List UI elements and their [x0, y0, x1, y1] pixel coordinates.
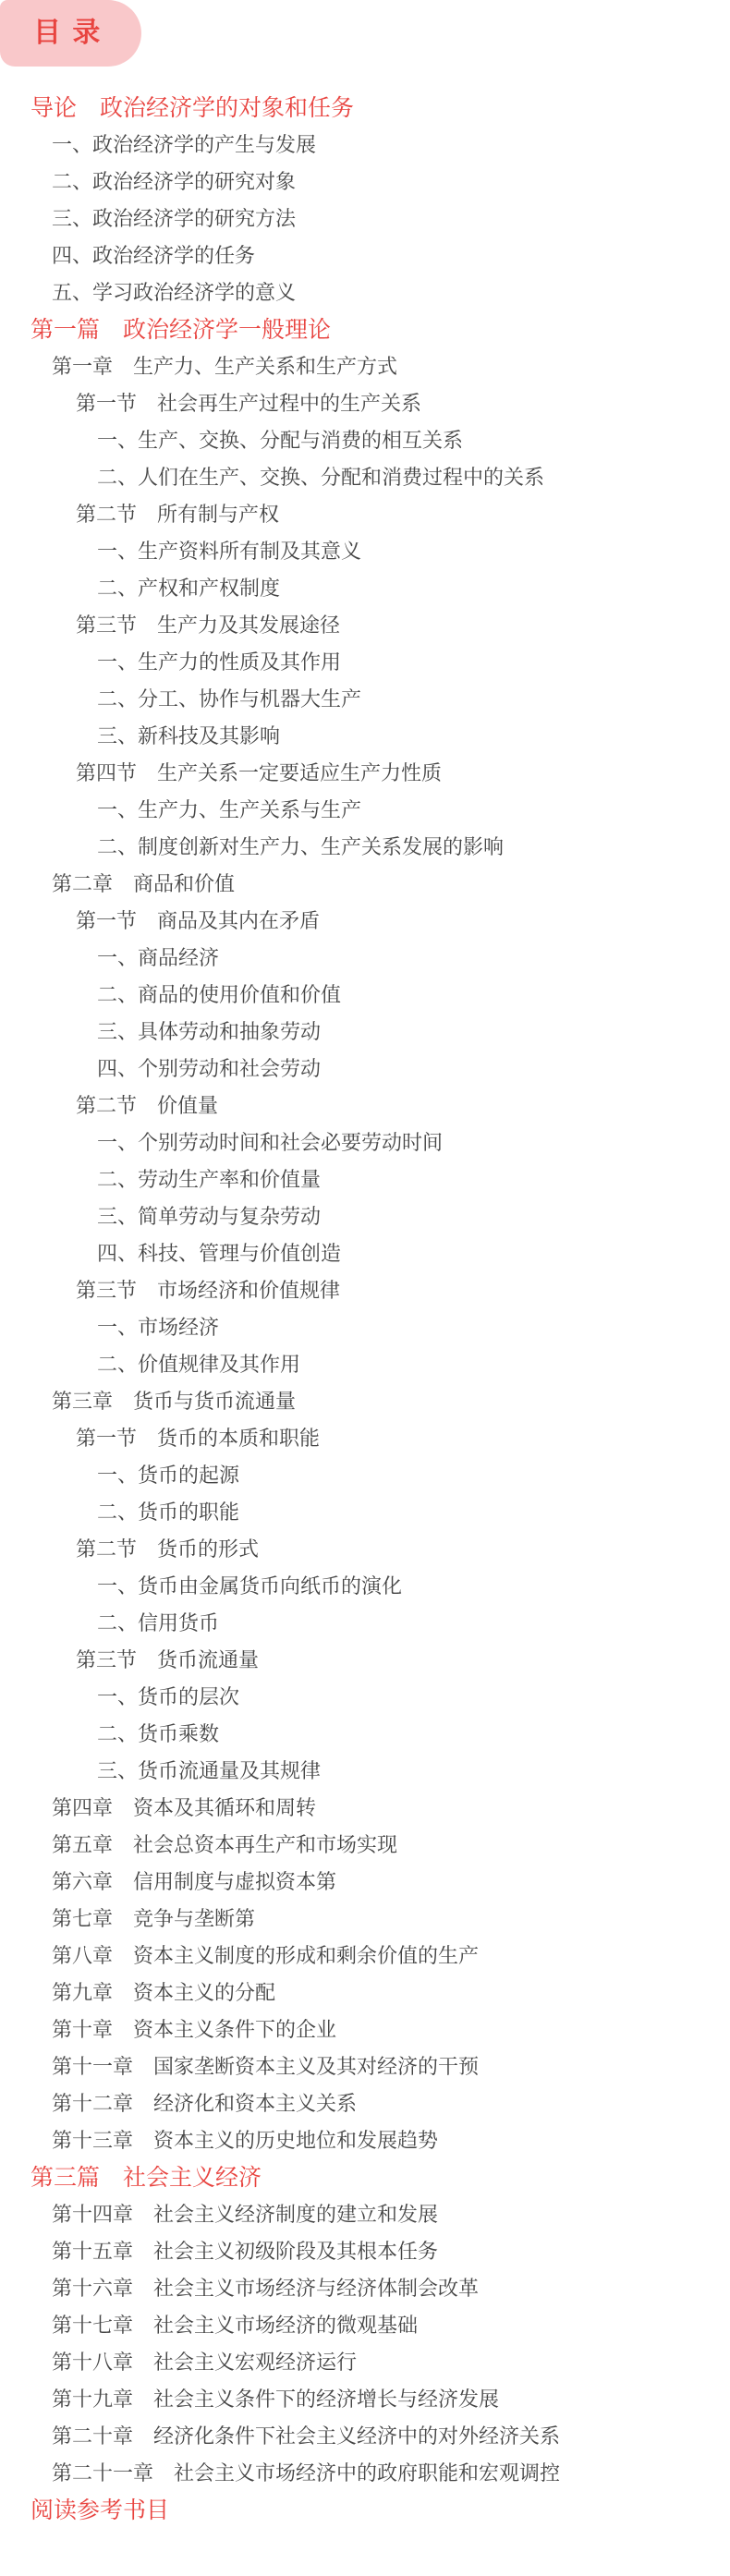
toc-entry: 二、人们在生产、交换、分配和消费过程中的关系: [0, 459, 730, 496]
toc-entry: 一、商品经济: [0, 940, 730, 977]
toc-entry: 一、生产资料所有制及其意义: [0, 533, 730, 570]
toc-entry: 第十五章 社会主义初级阶段及其根本任务: [0, 2233, 730, 2270]
toc-entry: 第一章 生产力、生产关系和生产方式: [0, 348, 730, 385]
toc-entry: 二、政治经济学的研究对象: [0, 164, 730, 200]
toc-entry: 五、学习政治经济学的意义: [0, 274, 730, 311]
toc-entry: 第十章 资本主义条件下的企业: [0, 2011, 730, 2048]
toc-entry: 二、货币乘数: [0, 1716, 730, 1753]
toc-entry: 第一节 商品及其内在矛盾: [0, 903, 730, 940]
toc-entry: 第二节 货币的形式: [0, 1531, 730, 1568]
toc-entry: 第十二章 经济化和资本主义关系: [0, 2085, 730, 2122]
toc-entry: 第九章 资本主义的分配: [0, 1975, 730, 2011]
toc-entry: 第二节 所有制与产权: [0, 496, 730, 533]
toc-entry: 二、货币的职能: [0, 1494, 730, 1531]
toc-entry: 第十九章 社会主义条件下的经济增长与经济发展: [0, 2381, 730, 2418]
toc-title-badge: 目 录: [0, 0, 141, 67]
toc-entry: 第一节 货币的本质和职能: [0, 1420, 730, 1457]
toc-entry: 第五章 社会总资本再生产和市场实现: [0, 1827, 730, 1864]
toc-entry: 二、信用货币: [0, 1605, 730, 1642]
toc-entry: 三、政治经济学的研究方法: [0, 200, 730, 237]
toc-entry: 二、分工、协作与机器大生产: [0, 681, 730, 718]
toc-entry: 四、政治经济学的任务: [0, 237, 730, 274]
toc-entry: 二、产权和产权制度: [0, 570, 730, 607]
toc-entry: 第十一章 国家垄断资本主义及其对经济的干预: [0, 2048, 730, 2085]
toc-entry: 一、市场经济: [0, 1309, 730, 1346]
toc-entry: 第六章 信用制度与虚拟资本第: [0, 1864, 730, 1901]
toc-heading: 导论 政治经济学的对象和任务: [0, 90, 730, 127]
toc-entry: 三、具体劳动和抽象劳动: [0, 1014, 730, 1051]
toc-heading: 阅读参考书目: [0, 2492, 730, 2529]
toc-entry: 四、科技、管理与价值创造: [0, 1235, 730, 1272]
toc-entry: 四、个别劳动和社会劳动: [0, 1051, 730, 1088]
toc-entry: 一、生产、交换、分配与消费的相互关系: [0, 422, 730, 459]
toc-entry: 第二节 价值量: [0, 1088, 730, 1124]
toc-heading: 第三篇 社会主义经济: [0, 2159, 730, 2196]
toc-entry: 第二章 商品和价值: [0, 866, 730, 903]
toc-entry: 第十八章 社会主义宏观经济运行: [0, 2344, 730, 2381]
toc-heading: 第一篇 政治经济学一般理论: [0, 311, 730, 348]
toc-entry: 一、货币由金属货币向纸币的演化: [0, 1568, 730, 1605]
toc-entry: 三、新科技及其影响: [0, 718, 730, 755]
toc-page: 目 录 导论 政治经济学的对象和任务一、政治经济学的产生与发展二、政治经济学的研…: [0, 0, 730, 2576]
toc-entry: 第十四章 社会主义经济制度的建立和发展: [0, 2196, 730, 2233]
toc-entry: 第三节 市场经济和价值规律: [0, 1272, 730, 1309]
toc-entry: 一、生产力的性质及其作用: [0, 644, 730, 681]
toc-entry: 第三章 货币与货币流通量: [0, 1383, 730, 1420]
toc-entry: 第四章 资本及其循环和周转: [0, 1790, 730, 1827]
toc-entry: 第三节 生产力及其发展途径: [0, 607, 730, 644]
toc-entry: 第十六章 社会主义市场经济与经济体制会改革: [0, 2270, 730, 2307]
toc-entry: 一、政治经济学的产生与发展: [0, 127, 730, 164]
toc-entry: 第四节 生产关系一定要适应生产力性质: [0, 755, 730, 792]
toc-entry: 一、货币的层次: [0, 1679, 730, 1716]
toc-entry: 第十七章 社会主义市场经济的微观基础: [0, 2307, 730, 2344]
toc-entry: 第十三章 资本主义的历史地位和发展趋势: [0, 2122, 730, 2159]
toc-list: 导论 政治经济学的对象和任务一、政治经济学的产生与发展二、政治经济学的研究对象三…: [0, 90, 730, 2529]
toc-entry: 第二十一章 社会主义市场经济中的政府职能和宏观调控: [0, 2455, 730, 2492]
toc-entry: 第三节 货币流通量: [0, 1642, 730, 1679]
toc-entry: 三、货币流通量及其规律: [0, 1753, 730, 1790]
toc-entry: 第二十章 经济化条件下社会主义经济中的对外经济关系: [0, 2418, 730, 2455]
toc-entry: 二、价值规律及其作用: [0, 1346, 730, 1383]
toc-entry: 一、生产力、生产关系与生产: [0, 792, 730, 829]
toc-entry: 二、劳动生产率和价值量: [0, 1161, 730, 1198]
toc-entry: 第八章 资本主义制度的形成和剩余价值的生产: [0, 1938, 730, 1975]
toc-entry: 第七章 竞争与垄断第: [0, 1901, 730, 1938]
toc-entry: 二、制度创新对生产力、生产关系发展的影响: [0, 829, 730, 866]
toc-entry: 三、简单劳动与复杂劳动: [0, 1198, 730, 1235]
toc-entry: 一、个别劳动时间和社会必要劳动时间: [0, 1124, 730, 1161]
toc-entry: 第一节 社会再生产过程中的生产关系: [0, 385, 730, 422]
toc-entry: 一、货币的起源: [0, 1457, 730, 1494]
toc-entry: 二、商品的使用价值和价值: [0, 977, 730, 1014]
